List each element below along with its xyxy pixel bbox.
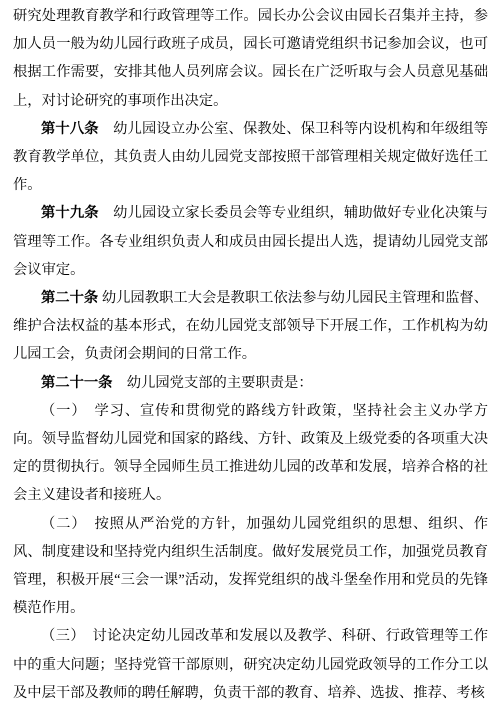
clause-1-paragraph: （一） 学习、宣传和贯彻党的路线方针政策，坚持社会主义办学方向。领导监督幼儿园党… [13,397,488,510]
article-21-paragraph: 第二十一条 幼儿园党支部的主要职责是： [13,369,488,397]
article-21-separator [112,375,126,391]
article-18-paragraph: 第十八条 幼儿园设立办公室、保教处、保卫科等内设机构和年级组等教育教学单位，其负… [13,115,488,200]
clause-3-paragraph: （三） 讨论决定幼儿园改革和发展以及教学、科研、行政管理等工作中的重大问题；坚持… [13,622,488,707]
article-21-number: 第二十一条 [41,375,112,391]
article-20-number: 第二十条 [41,290,98,306]
article-18-number: 第十八条 [41,121,99,137]
paragraph-continuation: 研究处理教育教学和行政管理等工作。园长办公会议由园长召集并主持，参加人员一般为幼… [13,2,488,115]
article-21-text: 幼儿园党支部的主要职责是： [127,375,313,391]
clause-2-text: （二） 按照从严治党的方针，加强幼儿园党组织的思想、组织、作风、制度建设和坚持党… [13,516,488,617]
clause-2-paragraph: （二） 按照从严治党的方针，加强幼儿园党组织的思想、组织、作风、制度建设和坚持党… [13,510,488,623]
clause-1-text: （一） 学习、宣传和贯彻党的路线方针政策，坚持社会主义办学方向。领导监督幼儿园党… [13,403,488,504]
article-18-separator [99,121,113,137]
article-19-paragraph: 第十九条 幼儿园设立家长委员会等专业组织，辅助做好专业化决策与管理等工作。各专业… [13,199,488,284]
paragraph-text: 研究处理教育教学和行政管理等工作。园长办公会议由园长召集并主持，参加人员一般为幼… [13,8,488,109]
article-19-number: 第十九条 [41,205,99,221]
clause-3-text: （三） 讨论决定幼儿园改革和发展以及教学、科研、行政管理等工作中的重大问题；坚持… [13,628,488,700]
article-20-paragraph: 第二十条 幼儿园教职工大会是教职工依法参与幼儿园民主管理和监督、维护合法权益的基… [13,284,488,369]
document-page: 研究处理教育教学和行政管理等工作。园长办公会议由园长召集并主持，参加人员一般为幼… [0,0,500,715]
article-19-separator [99,205,113,221]
